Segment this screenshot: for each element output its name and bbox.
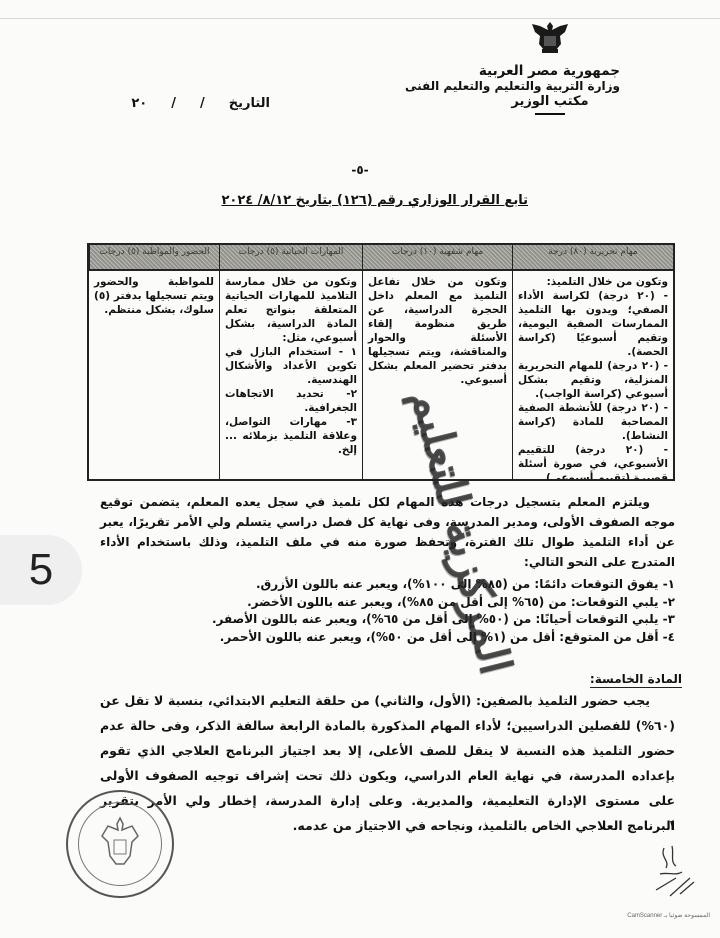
written-item: - (٢٠ درجة) للمهام التحريرية المنزلية، و… — [518, 359, 668, 401]
header-oral-tasks: مهام شفهية (١٠) درجات — [362, 245, 512, 271]
article-five-heading: المادة الخامسة: — [590, 672, 682, 688]
letterhead-underline — [535, 113, 565, 115]
performance-level-green: ٢- يلبي التوقعات: من (٦٥% إلى أقل من ٨٥%… — [195, 594, 675, 612]
date-label: التاريخ — [229, 96, 270, 111]
date-separator-day: / — [200, 96, 205, 111]
decree-title: تابع القرار الوزاري رقم (١٢٦) بتاريخ ٨/١… — [238, 193, 528, 208]
written-item: - (٢٠ درجة) للتقييم الأسبوعي، في صورة أس… — [518, 443, 668, 479]
life-skills-item: ٢- تحديد الاتجاهات الجغرافية. — [225, 387, 357, 415]
letterhead-ministry: وزارة التربية والتعليم والتعليم الفنى — [480, 79, 620, 94]
header-written-tasks: مهام تحريرية (٨٠) درجة — [512, 245, 673, 271]
signature-icon — [650, 838, 700, 898]
written-item: - (٢٠ درجة) للأنشطة الصفية المصاحبة للما… — [518, 401, 668, 443]
cell-life-skills: وتكون من خلال ممارسة التلاميذ للمهارات ا… — [219, 271, 362, 479]
date-field: التاريخ / / ٢٠ — [120, 96, 270, 111]
grade-distribution-table: مهام تحريرية (٨٠) درجة مهام شفهية (١٠) د… — [87, 243, 675, 481]
cell-written-tasks: وتكون من خلال التلميذ: - (٢٠ درجة) لكراس… — [512, 271, 673, 479]
letterhead-country: جمهورية مصر العربية — [480, 64, 620, 79]
life-skills-intro: وتكون من خلال ممارسة التلاميذ للمهارات ا… — [225, 275, 357, 345]
life-skills-item: ١ - استخدام البازل في تكوين الأعداد والأ… — [225, 345, 357, 387]
performance-level-yellow: ٣- يلبي التوقعات أحيانًا: من (٥٠% إلى أق… — [195, 611, 675, 629]
cell-oral-tasks: وتكون من خلال تفاعل التلميذ مع المعلم دا… — [362, 271, 512, 479]
seal-eagle-icon — [100, 814, 140, 872]
cell-attendance: للمواظبة والحضور ويتم تسجيلها بدفتر (٥) … — [89, 271, 219, 479]
letterhead-office: مكتب الوزير — [480, 94, 620, 109]
written-intro: وتكون من خلال التلميذ: — [518, 275, 668, 289]
page-number-badge: 5 — [0, 535, 82, 605]
performance-level-red: ٤- أقل من المتوقع: أقل من (١% إلى أقل من… — [195, 629, 675, 647]
document-page: جمهورية مصر العربية وزارة التربية والتعل… — [0, 0, 720, 938]
egypt-eagle-emblem-icon — [530, 20, 570, 54]
scanner-watermark: الممسوحة ضوئيا بـ CamScanner — [627, 912, 710, 919]
performance-levels-list: ١- يفوق التوقعات دائمًا: من (٨٥% إلى ١٠٠… — [195, 576, 675, 646]
date-separator-month: / — [171, 96, 176, 111]
paragraph-grading-record: ويلتزم المعلم بتسجيل درجات هذه المهام لك… — [100, 492, 675, 572]
life-skills-item: ٣- مهارات التواصل، وعلاقة التلميذ بزملائ… — [225, 415, 357, 457]
paragraph-attendance-rule: يجب حضور التلميذ بالصفين: (الأول، والثان… — [100, 688, 675, 838]
top-divider — [0, 18, 720, 19]
performance-level-blue: ١- يفوق التوقعات دائمًا: من (٨٥% إلى ١٠٠… — [195, 576, 675, 594]
official-seal-icon — [66, 790, 174, 898]
header-attendance: الحضور والمواظبة (٥) درجات — [89, 245, 219, 271]
header-life-skills: المهارات الحياتية (٥) درجات — [219, 245, 362, 271]
page-marker: -٥- — [0, 163, 720, 177]
written-item: - (٢٠ درجة) لكراسة الأداء الصفي؛ ويدون ب… — [518, 289, 668, 359]
letterhead: جمهورية مصر العربية وزارة التربية والتعل… — [480, 20, 620, 115]
footnote-mark: ١ — [668, 818, 677, 834]
date-year-prefix: ٢٠ — [131, 96, 147, 111]
